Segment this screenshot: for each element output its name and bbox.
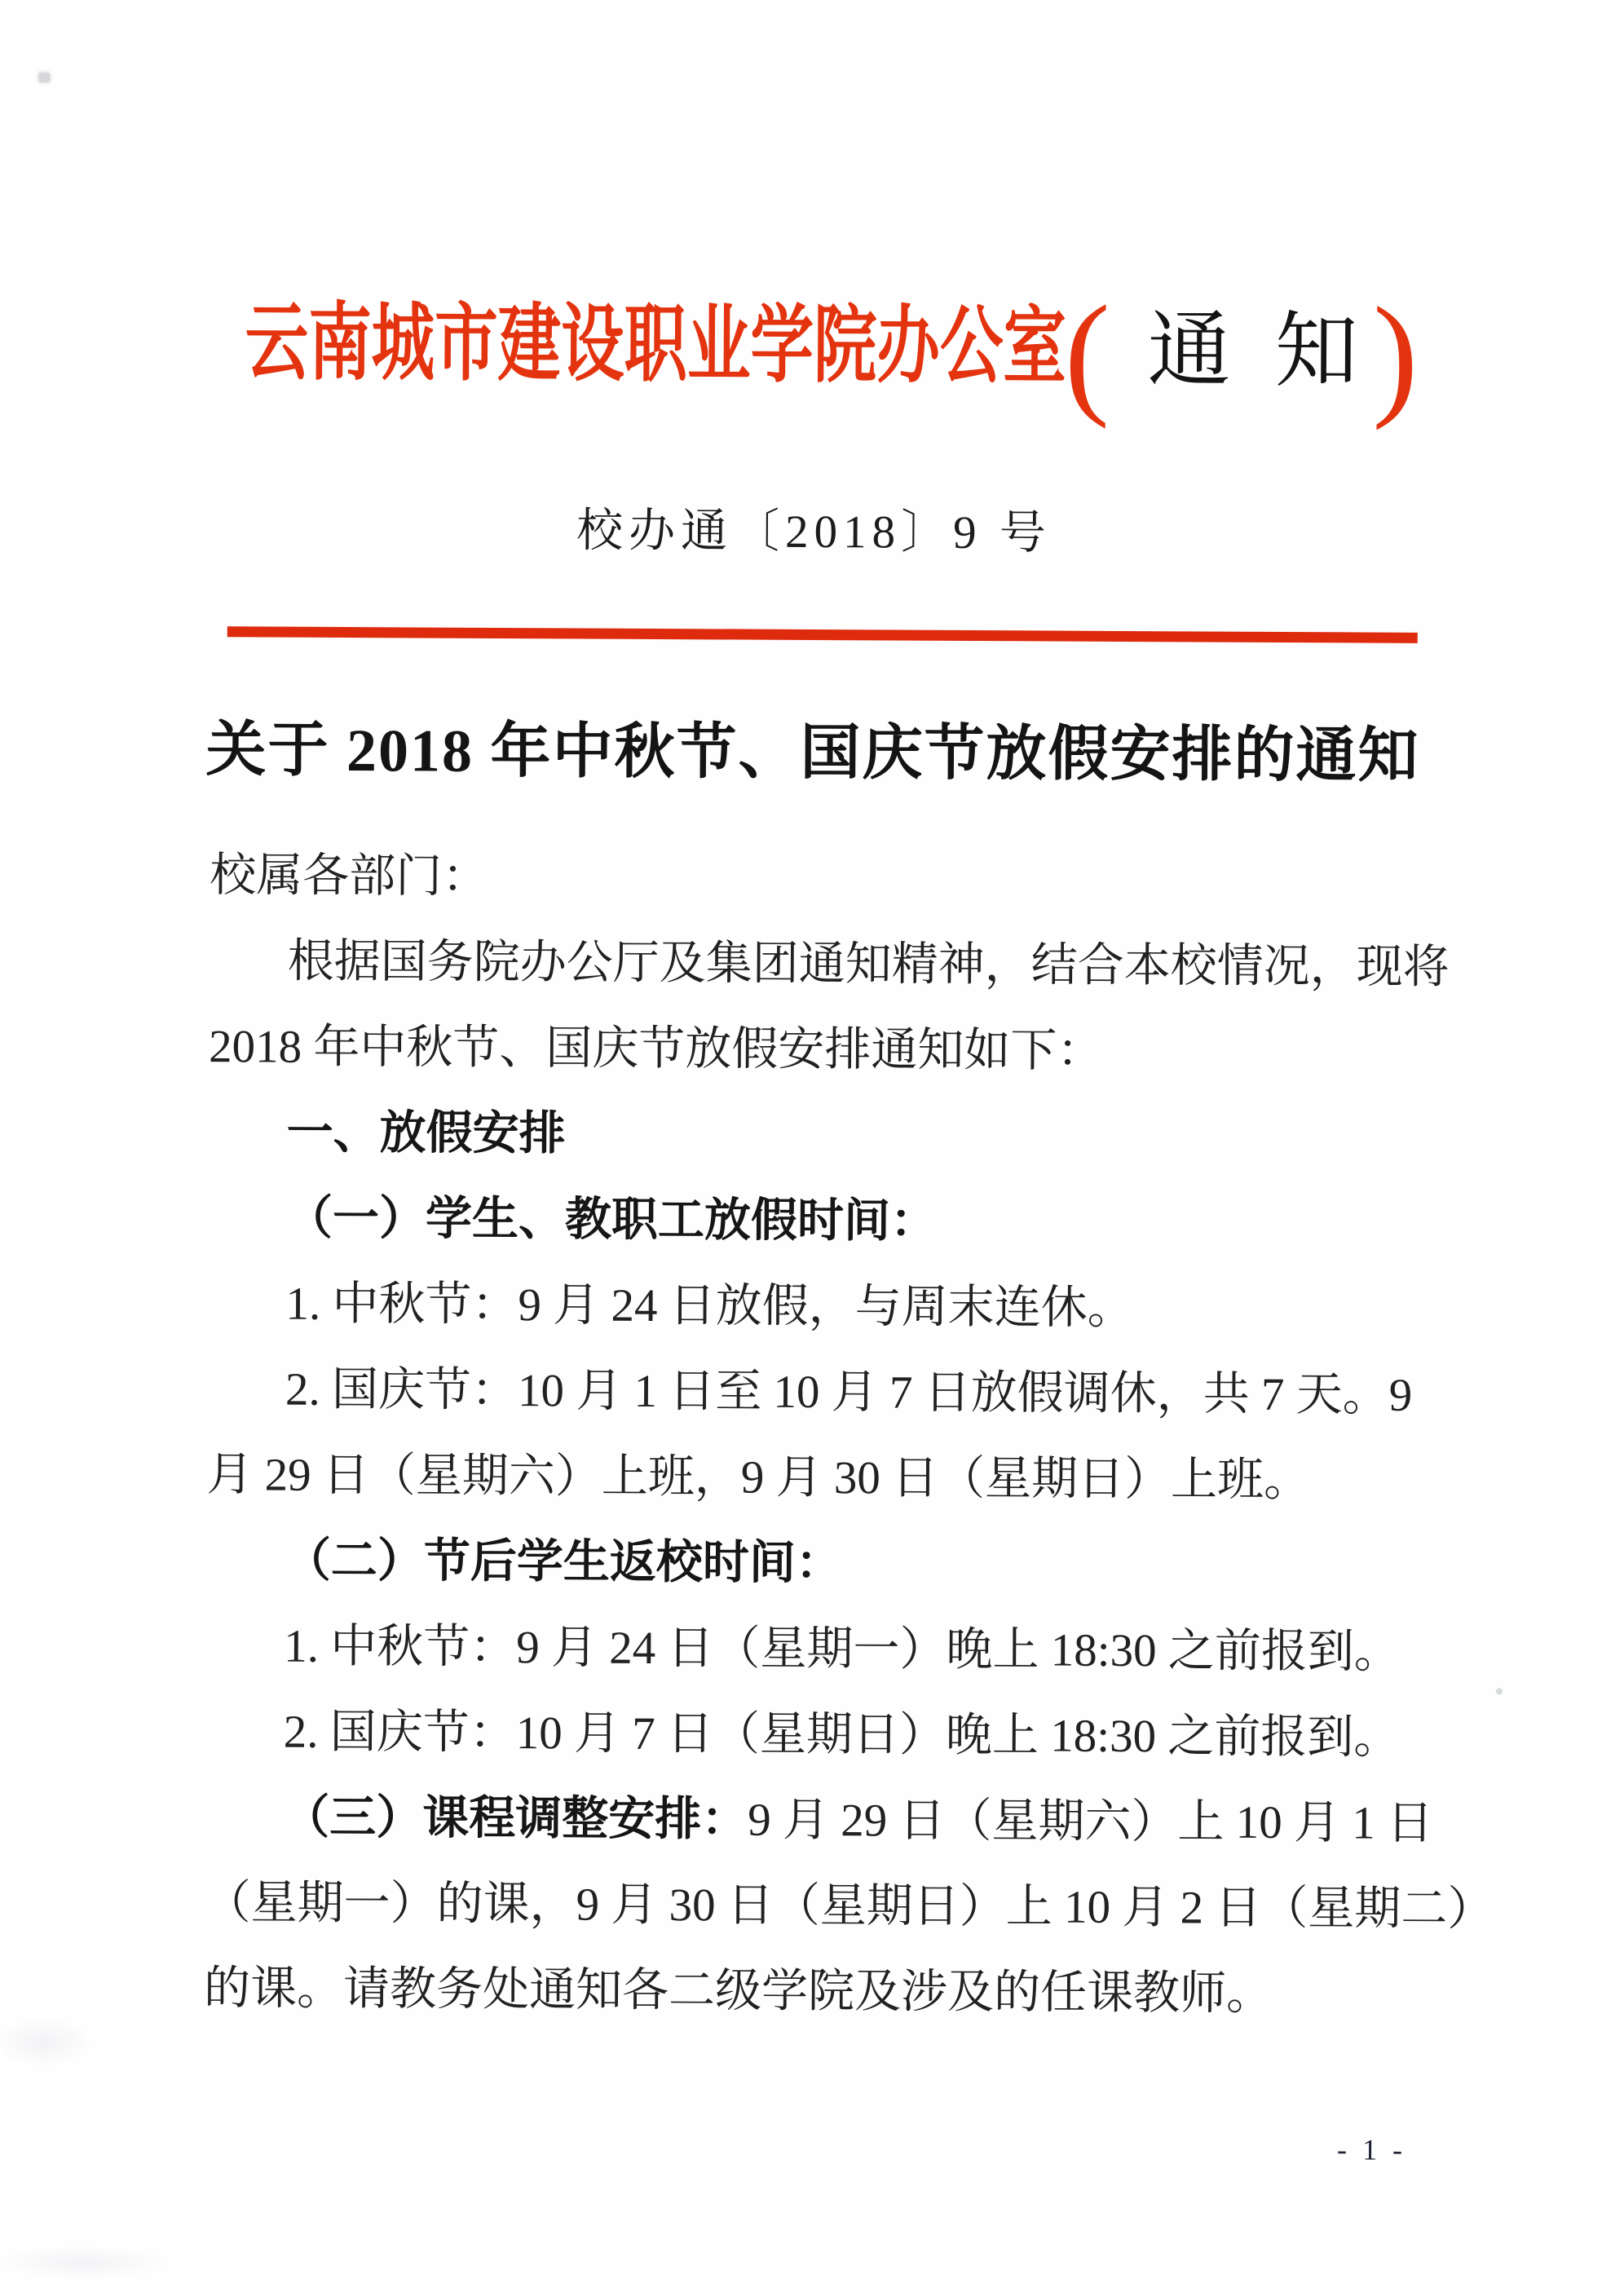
bold-heading-segment: （一）学生、教职工放假时间： [286,1192,937,1247]
body-line: （三）课程调整安排：9 月 29 日（星期六）上 10 月 1 日 [205,1774,1428,1866]
text-segment: 校属各部门： [210,850,488,903]
scan-artifact-corner-smudge [0,2018,92,2068]
document-title: 关于 2018 年中秋节、国庆节放假安排的通知 [1,715,1624,793]
body-line: （星期一）的课，9 月 30 日（星期日）上 10 月 2 日（星期二） [204,1860,1428,1952]
body-line: （二）节后学生返校时间： [206,1517,1430,1610]
text-segment: 月 29 日（星期六）上班，9 月 30 日（星期日）上班。 [206,1449,1310,1506]
body-line: 1. 中秋节：9 月 24 日放假，与周末连休。 [207,1261,1431,1353]
masthead-close-paren: ) [1372,287,1419,424]
page-number: - 1 - [1337,2132,1406,2166]
masthead-office-title: 云南城市建设职业学院办公室 [245,298,1066,393]
body-line: 2018 年中秋节、国庆节放假安排通知如下： [209,1004,1432,1096]
body-line: 一、放假安排 [208,1089,1432,1181]
bold-heading-segment: 一、放假安排 [286,1106,565,1160]
scan-artifact-edge-smudge [0,2246,172,2280]
scan-artifact-dot [1496,1688,1503,1694]
red-divider-rule [227,626,1418,643]
text-segment: 9 月 29 日（星期六）上 10 月 1 日 [748,1795,1433,1849]
body-line: 1. 中秋节：9 月 24 日（星期一）晚上 18:30 之前报到。 [205,1603,1429,1695]
body-line: 月 29 日（星期六）上班，9 月 30 日（星期日）上班。 [206,1432,1430,1524]
text-segment: 2. 国庆节：10 月 7 日（星期日）晚上 18:30 之前报到。 [284,1707,1401,1764]
body-text-block: 校属各部门：根据国务院办公厅及集团通知精神，结合本校情况，现将2018 年中秋节… [204,832,1433,2038]
text-segment: 根据国务院办公厅及集团通知精神，结合本校情况，现将 [288,936,1450,993]
scanned-sheet: 云南城市建设职业学院办公室 ( 通 知 ) 校办通〔2018〕9 号 关于 20… [0,0,1624,2283]
body-line: 的课。请教务处通知各二级学院及涉及的任课教师。 [204,1945,1428,2038]
document-number: 校办通〔2018〕9 号 [2,500,1624,565]
masthead-notice-char-2: 知 [1274,311,1358,395]
masthead-notice-char-1: 通 [1147,310,1231,394]
body-line: 2. 国庆节：10 月 1 日至 10 月 7 日放假调休，共 7 天。9 [207,1346,1431,1438]
body-line: 根据国务院办公厅及集团通知精神，结合本校情况，现将 [209,918,1432,1010]
text-segment: 2018 年中秋节、国庆节放假安排通知如下： [209,1021,1104,1077]
text-segment: 2. 国庆节：10 月 1 日至 10 月 7 日放假调休，共 7 天。9 [285,1364,1413,1421]
bold-heading-segment: （二）节后学生返校时间： [285,1535,842,1590]
text-segment: （星期一）的课，9 月 30 日（星期日）上 10 月 2 日（星期二） [204,1877,1494,1935]
bold-heading-segment: （三）课程调整安排： [283,1791,748,1846]
body-line: （一）学生、教职工放假时间： [208,1175,1432,1267]
masthead-open-paren: ( [1064,285,1110,422]
text-segment: 1. 中秋节：9 月 24 日（星期一）晚上 18:30 之前报到。 [284,1621,1401,1678]
body-line: 校属各部门： [210,832,1433,925]
body-line: 2. 国庆节：10 月 7 日（星期日）晚上 18:30 之前报到。 [205,1689,1428,1781]
text-segment: 的课。请教务处通知各二级学院及涉及的任课教师。 [204,1963,1273,2020]
document-page: 云南城市建设职业学院办公室 ( 通 知 ) 校办通〔2018〕9 号 关于 20… [0,0,1624,2283]
scan-artifact-speck [38,73,50,82]
text-segment: 1. 中秋节：9 月 24 日放假，与周末连休。 [285,1278,1134,1334]
